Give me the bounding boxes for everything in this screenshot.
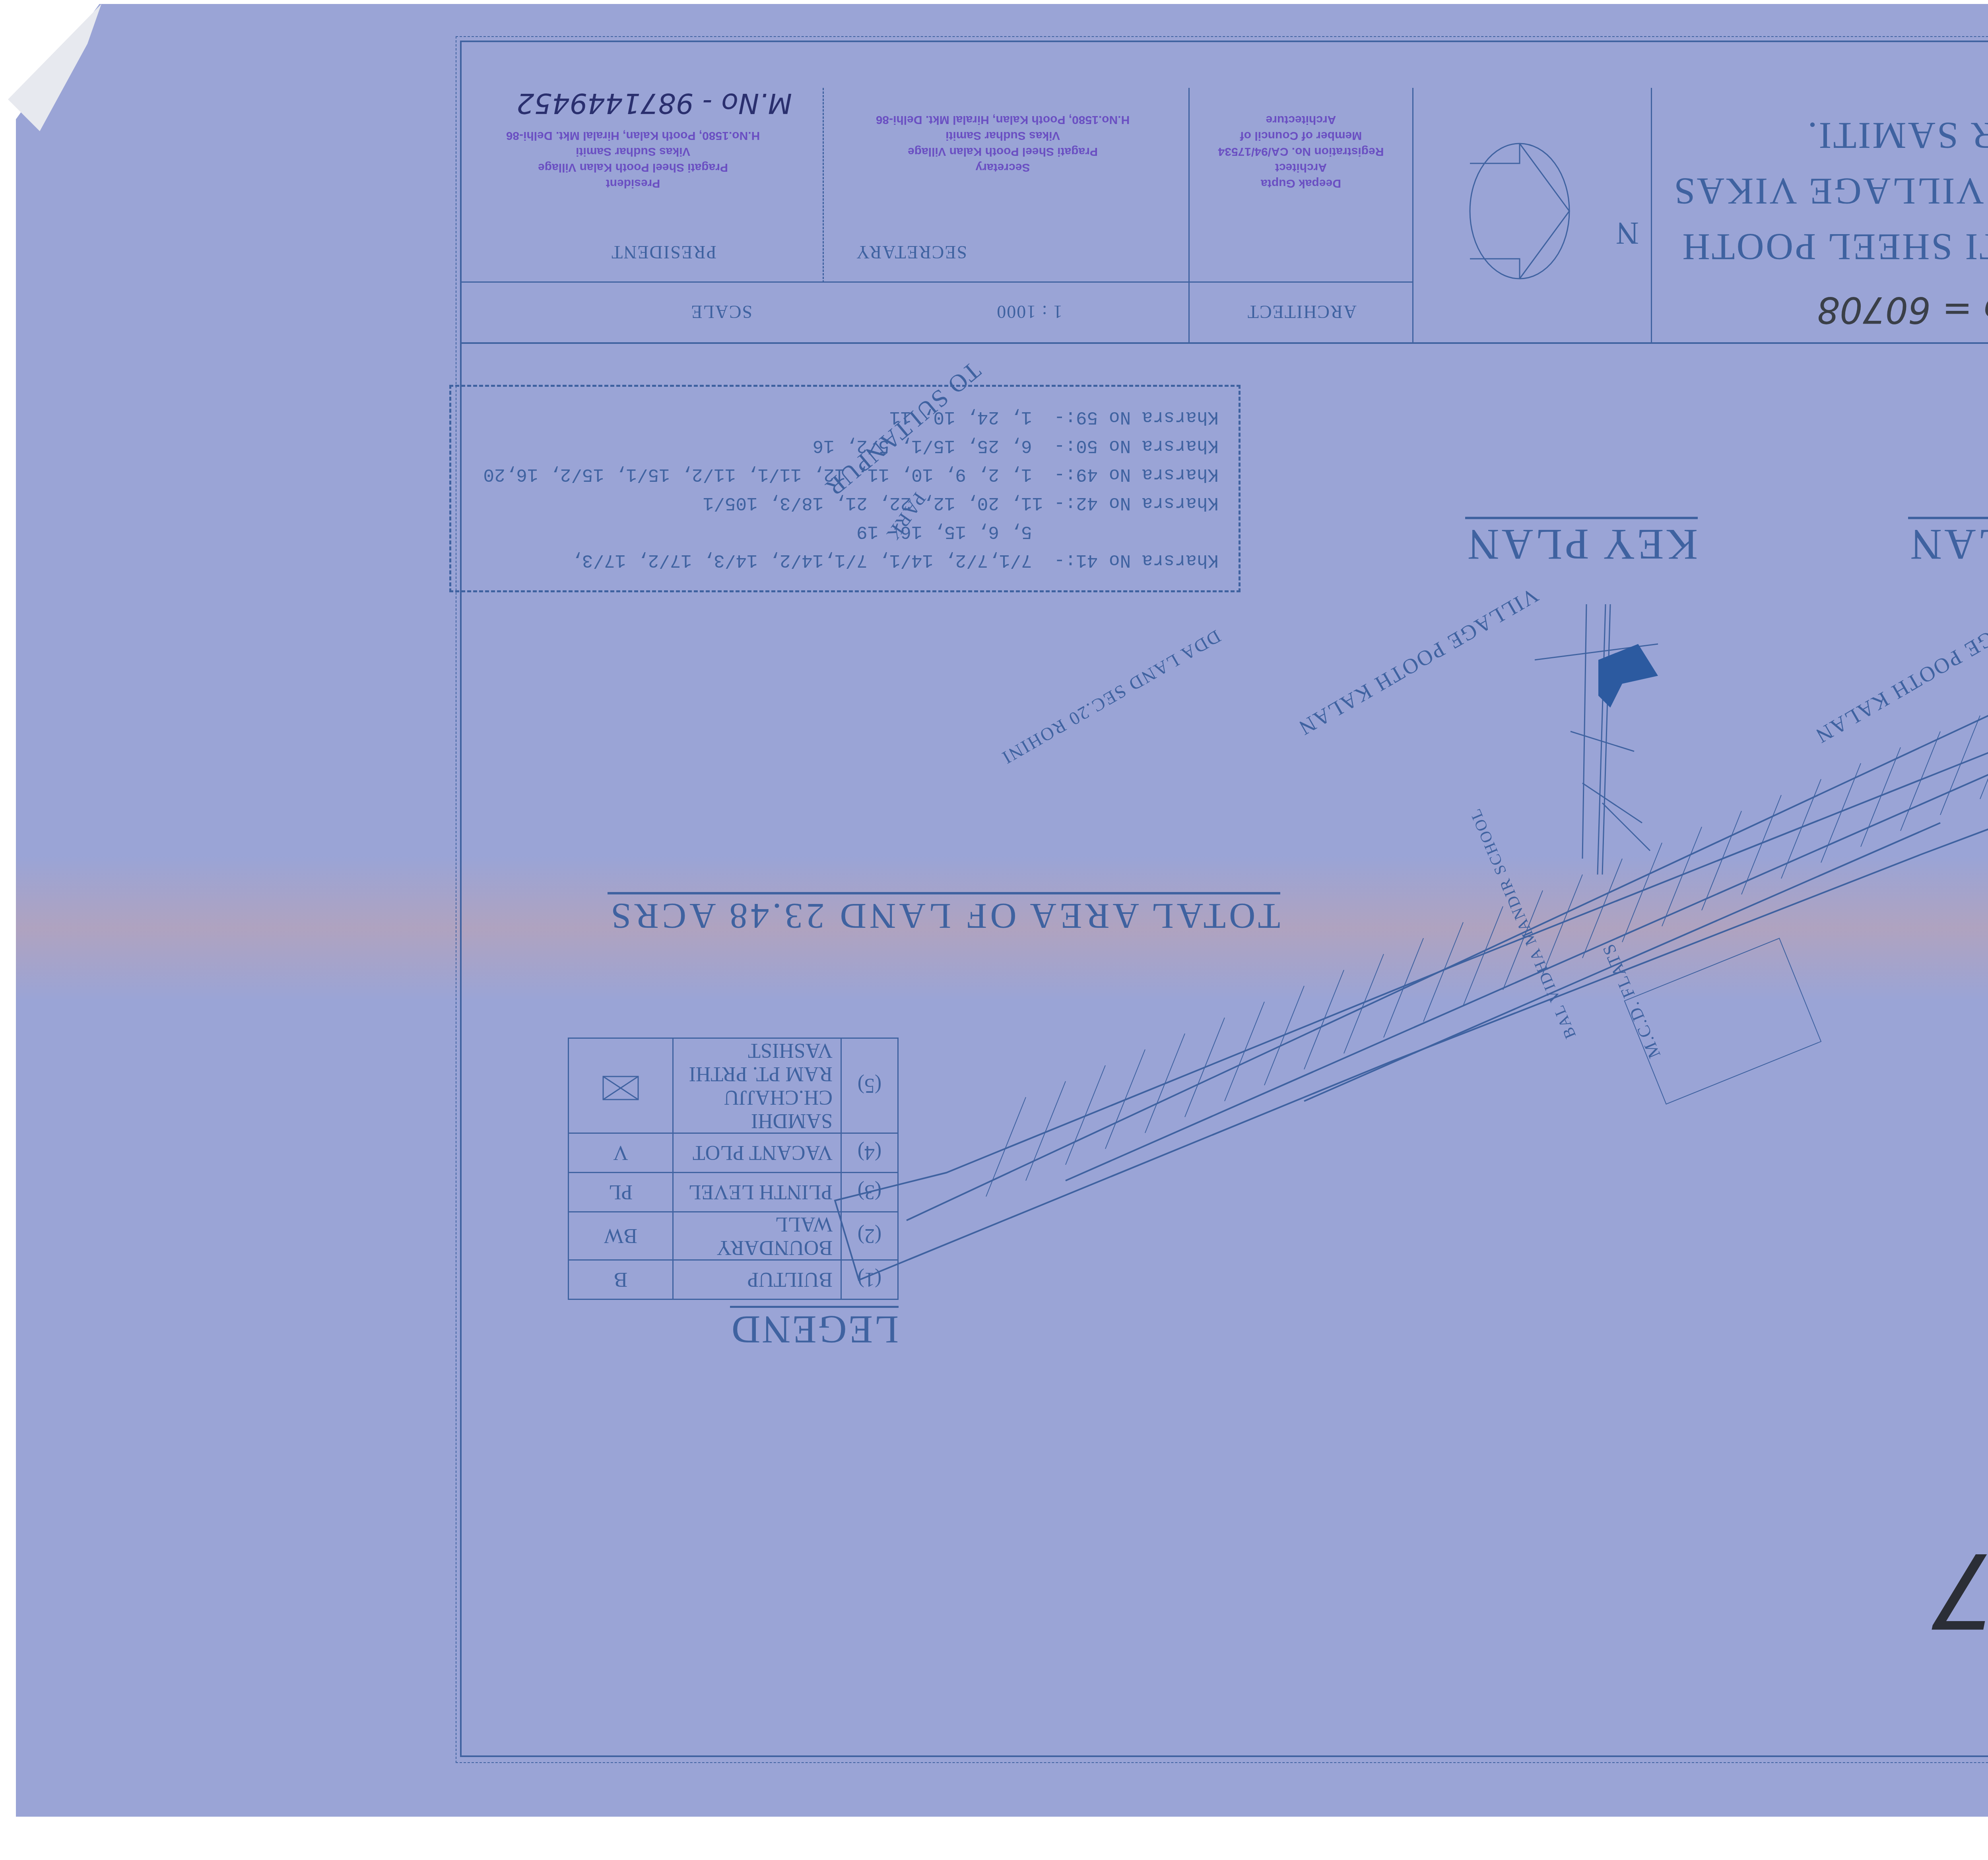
file-number-handwritten: ELD-97 bbox=[1931, 1530, 1988, 1650]
layout-plan-map bbox=[16, 4, 1988, 1817]
drawing-sheet: LAY OUT PLAN & KEY PLAN OF NEW EXTENSION… bbox=[16, 4, 1988, 1817]
